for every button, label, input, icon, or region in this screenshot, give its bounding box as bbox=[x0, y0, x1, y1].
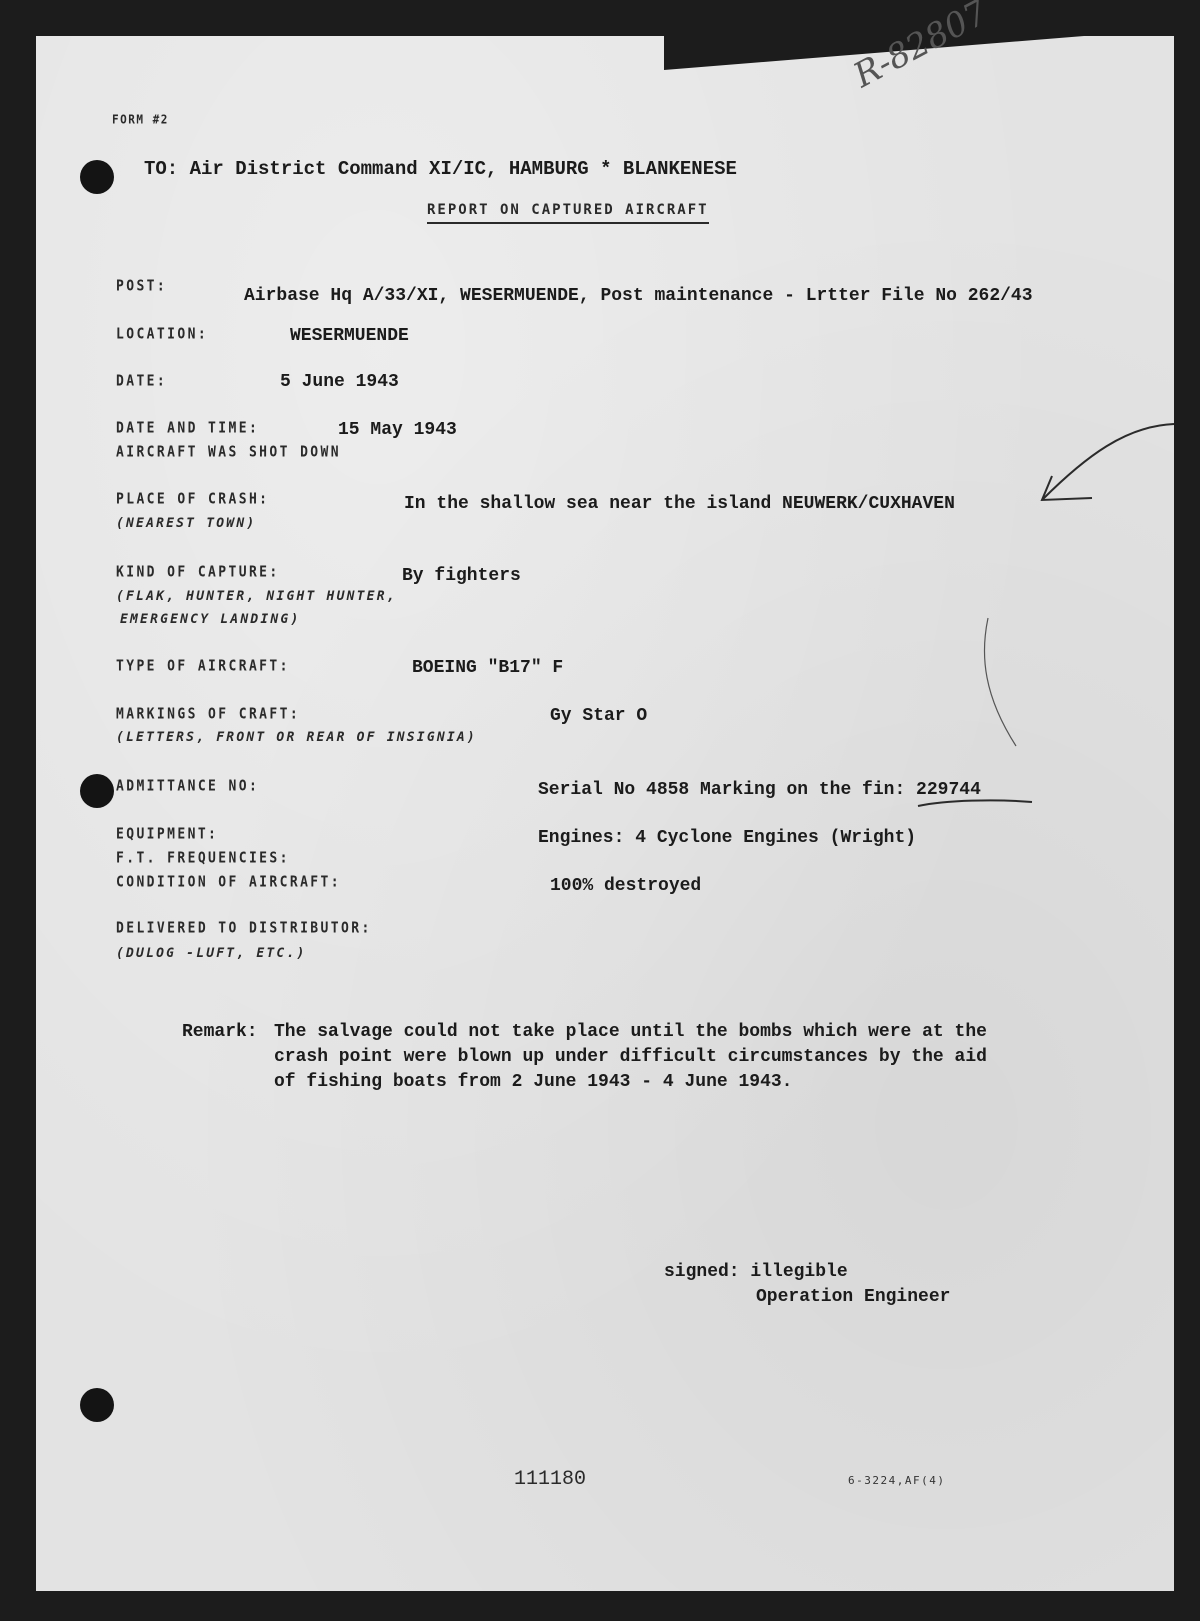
remark-label: Remark: bbox=[182, 1020, 258, 1045]
hole-punch-bottom bbox=[80, 1388, 114, 1422]
location-label: LOCATION: bbox=[116, 326, 208, 343]
admittance-label: ADMITTANCE NO: bbox=[116, 778, 259, 795]
condition-label: CONDITION OF AIRCRAFT: bbox=[116, 874, 341, 891]
post-label: POST: bbox=[116, 278, 167, 295]
addressee: TO: Air District Command XI/IC, HAMBURG … bbox=[144, 158, 737, 180]
place-of-crash-sublabel: (NEAREST TOWN) bbox=[116, 516, 256, 531]
signature-signed: signed: illegible bbox=[664, 1260, 848, 1285]
kind-of-capture-sublabel-1: (FLAK, HUNTER, NIGHT HUNTER, bbox=[116, 589, 397, 604]
location-value: WESERMUENDE bbox=[290, 326, 409, 346]
type-of-aircraft-value: BOEING "B17" F bbox=[412, 658, 563, 678]
place-of-crash-label: PLACE OF CRASH: bbox=[116, 491, 269, 508]
kind-of-capture-sublabel-2: EMERGENCY LANDING) bbox=[120, 612, 300, 627]
remark-line-1: The salvage could not take place until t… bbox=[274, 1020, 987, 1045]
date-time-sublabel: AIRCRAFT WAS SHOT DOWN bbox=[116, 444, 341, 461]
date-label: DATE: bbox=[116, 373, 167, 390]
hole-punch-middle bbox=[80, 774, 114, 808]
type-of-aircraft-label: TYPE OF AIRCRAFT: bbox=[116, 658, 290, 675]
page-number: 111180 bbox=[514, 1468, 586, 1491]
date-value: 5 June 1943 bbox=[280, 372, 399, 392]
condition-value: 100% destroyed bbox=[550, 876, 701, 896]
shot-down-date-value: 15 May 1943 bbox=[338, 420, 457, 440]
markings-label: MARKINGS OF CRAFT: bbox=[116, 706, 300, 723]
document-page: R-82807 FORM #2 TO: Air District Command… bbox=[36, 36, 1174, 1591]
post-value: Airbase Hq A/33/XI, WESERMUENDE, Post ma… bbox=[244, 286, 1033, 306]
handwritten-arrow-icon bbox=[996, 416, 1176, 506]
markings-sublabel: (LETTERS, FRONT OR REAR OF INSIGNIA) bbox=[116, 730, 477, 745]
margin-pencil-mark bbox=[976, 616, 1036, 756]
kind-of-capture-label: KIND OF CAPTURE: bbox=[116, 564, 280, 581]
admittance-value: Serial No 4858 Marking on the fin: 22974… bbox=[538, 780, 981, 800]
form-code: 6-3224,AF(4) bbox=[848, 1474, 945, 1487]
date-time-label: DATE AND TIME: bbox=[116, 420, 259, 437]
form-number: FORM #2 bbox=[112, 112, 169, 127]
remark-line-2: crash point were blown up under difficul… bbox=[274, 1045, 987, 1070]
kind-of-capture-value: By fighters bbox=[402, 566, 521, 586]
markings-value: Gy Star O bbox=[550, 706, 647, 726]
document-title: REPORT ON CAPTURED AIRCRAFT bbox=[427, 202, 709, 224]
handwritten-underline bbox=[916, 796, 1036, 810]
delivered-to-sublabel: (DULOG -LUFT, ETC.) bbox=[116, 946, 307, 961]
place-of-crash-value: In the shallow sea near the island NEUWE… bbox=[404, 494, 955, 514]
remark-line-3: of fishing boats from 2 June 1943 - 4 Ju… bbox=[274, 1070, 792, 1095]
equipment-value: Engines: 4 Cyclone Engines (Wright) bbox=[538, 828, 916, 848]
signature-role: Operation Engineer bbox=[756, 1285, 950, 1310]
delivered-to-label: DELIVERED TO DISTRIBUTOR: bbox=[116, 920, 372, 937]
hole-punch-top bbox=[80, 160, 114, 194]
ft-frequencies-label: F.T. FREQUENCIES: bbox=[116, 850, 290, 867]
equipment-label: EQUIPMENT: bbox=[116, 826, 218, 843]
